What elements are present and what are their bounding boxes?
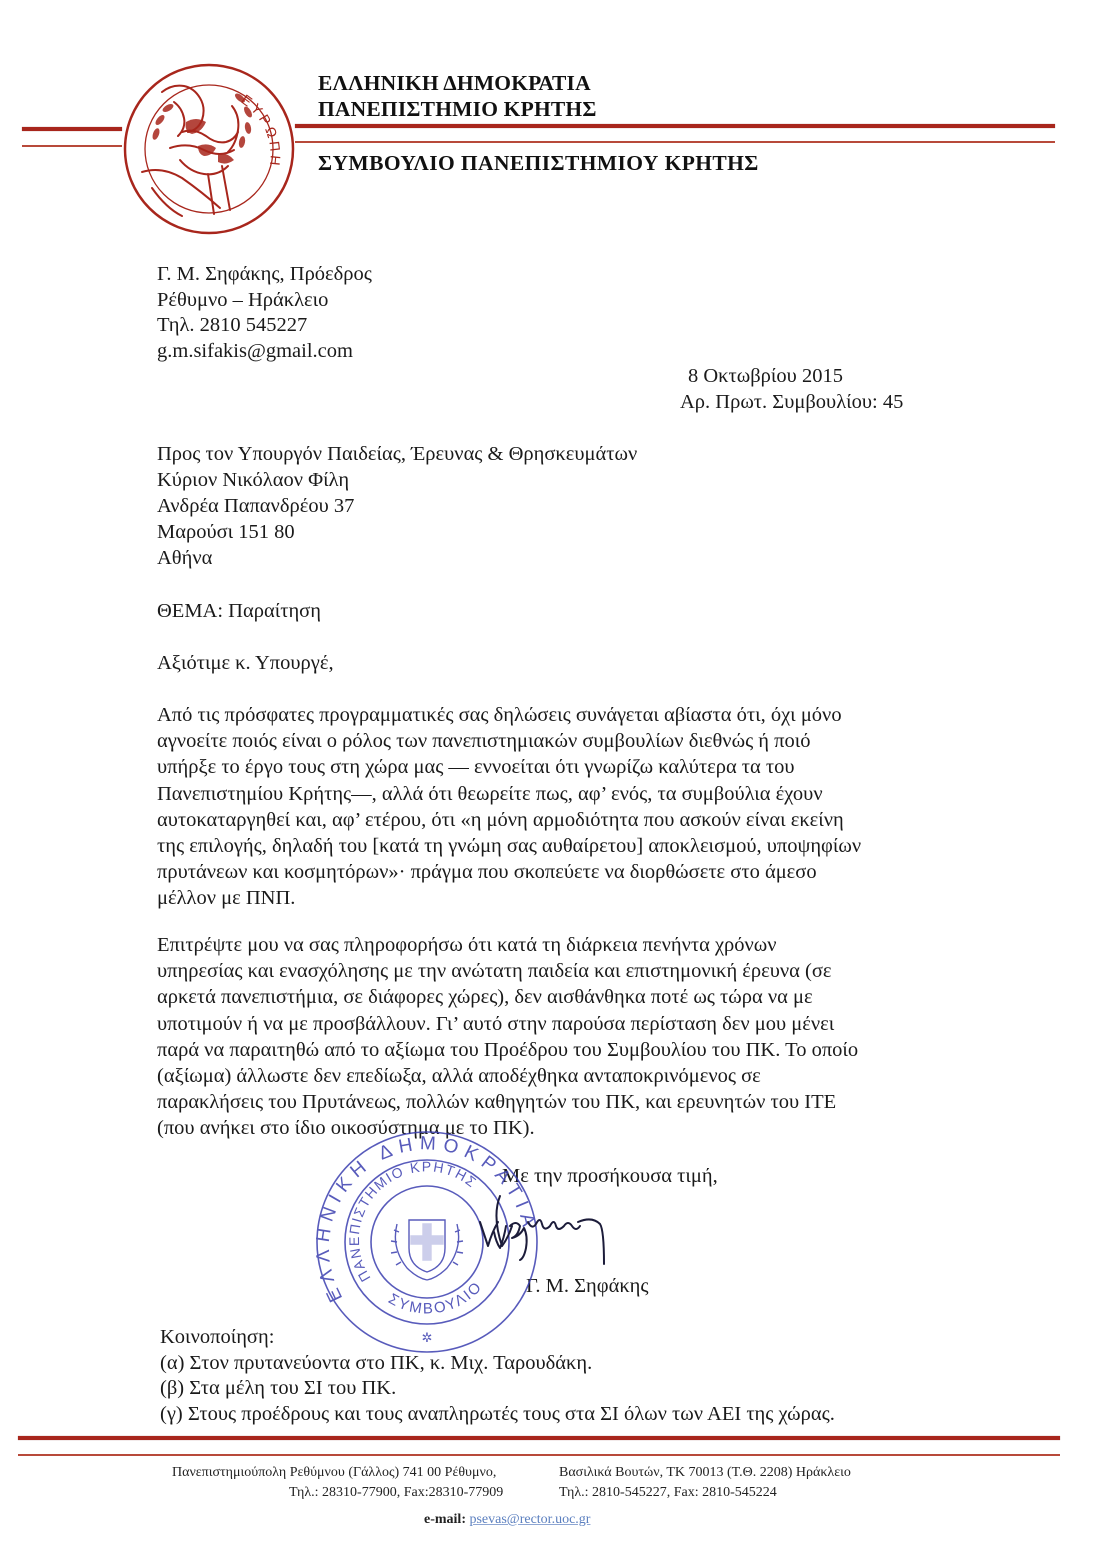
footer-heraklion-phone: Τηλ.: 2810-545227, Fax: 2810-545224 bbox=[559, 1483, 777, 1503]
sender-block: Γ. Μ. Σηφάκης, Πρόεδρος Ρέθυμνο – Ηράκλε… bbox=[157, 262, 372, 364]
protocol-number: Αρ. Πρωτ. Συμβουλίου: 45 bbox=[680, 390, 903, 416]
body-paragraph-1: Από τις πρόσφατες προγραμματικές σας δηλ… bbox=[157, 702, 917, 912]
recipient-line: Κύριον Νικόλαον Φίλη bbox=[157, 467, 637, 493]
body-line: υπήρξε το έργο τους στη χώρα μας — εννοε… bbox=[157, 754, 917, 780]
letterhead-republic: ΕΛΛΗΝΙΚΗ ΔΗΜΟΚΡΑΤΙΑ bbox=[318, 70, 591, 96]
body-line: Επιτρέψτε μου να σας πληροφορήσω ότι κατ… bbox=[157, 932, 917, 958]
body-line: υποτιμούν ή να με προσβάλλουν. Γι’ αυτό … bbox=[157, 1011, 917, 1037]
university-seal-logo: ΕΥΡΩΠΗ bbox=[122, 62, 296, 236]
body-line: (αξίωμα) άλλωστε δεν επεδίωξα, αλλά αποδ… bbox=[157, 1063, 917, 1089]
letterhead-university: ΠΑΝΕΠΙΣΤΗΜΙΟ ΚΡΗΤΗΣ bbox=[318, 96, 597, 122]
recipient-line: Αθήνα bbox=[157, 545, 637, 571]
header-rule-left-thick bbox=[22, 127, 122, 131]
footer-heraklion-address: Βασιλικά Βουτών, ΤΚ 70013 (Τ.Θ. 2208) Ηρ… bbox=[559, 1463, 851, 1483]
header-rule-right-thick bbox=[295, 124, 1055, 128]
date-block: 8 Οκτωβρίου 2015 Αρ. Πρωτ. Συμβουλίου: 4… bbox=[680, 364, 903, 415]
sender-name: Γ. Μ. Σηφάκης, Πρόεδρος bbox=[157, 262, 372, 288]
recipient-line: Προς τον Υπουργόν Παιδείας, Έρευνας & Θρ… bbox=[157, 441, 637, 467]
sender-email: g.m.sifakis@gmail.com bbox=[157, 339, 372, 365]
body-line: παρακλήσεις του Πρυτάνεως, πολλών καθηγη… bbox=[157, 1089, 917, 1115]
salutation: Αξιότιμε κ. Υπουργέ, bbox=[157, 650, 334, 676]
subject-line: ΘΕΜΑ: Παραίτηση bbox=[157, 598, 321, 624]
cc-block: Κοινοποίηση: (α) Στον πρυτανεύοντα στο Π… bbox=[160, 1325, 835, 1427]
cc-title: Κοινοποίηση: bbox=[160, 1325, 835, 1351]
cc-item: (α) Στον πρυτανεύοντα στο ΠΚ, κ. Μιχ. Τα… bbox=[160, 1351, 835, 1377]
header-rule-left-thin bbox=[22, 145, 122, 147]
footer-email-link[interactable]: psevas@rector.uoc.gr bbox=[469, 1512, 590, 1527]
sender-location: Ρέθυμνο – Ηράκλειο bbox=[157, 288, 372, 314]
footer-rethymno-phone: Τηλ.: 28310-77900, Fax:28310-77909 bbox=[289, 1483, 503, 1503]
footer-rule-thin bbox=[18, 1454, 1060, 1456]
body-line: παρά να παραιτηθώ από το αξίωμα του Προέ… bbox=[157, 1037, 917, 1063]
recipient-line: Ανδρέα Παπανδρέου 37 bbox=[157, 493, 637, 519]
recipient-block: Προς τον Υπουργόν Παιδείας, Έρευνας & Θρ… bbox=[157, 441, 637, 571]
body-line: υπηρεσίας και ενασχόλησης με την ανώτατη… bbox=[157, 958, 917, 984]
body-line: αρκετά πανεπιστήμια, σε διάφορες χώρες),… bbox=[157, 984, 917, 1010]
body-line: Από τις πρόσφατες προγραμματικές σας δηλ… bbox=[157, 702, 917, 728]
body-line: της επιλογής, δηλαδή του [κατά τη γνώμη … bbox=[157, 833, 917, 859]
footer-email-label: e-mail: bbox=[424, 1512, 466, 1527]
body-line: μέλλον με ΠΝΠ. bbox=[157, 885, 917, 911]
cc-item: (γ) Στους προέδρους και τους αναπληρωτές… bbox=[160, 1402, 835, 1428]
body-line: Πανεπιστημίου Κρήτης—, αλλά ότι θεωρείτε… bbox=[157, 781, 917, 807]
body-line: πρυτάνεων και κοσμητόρων»· πράγμα που σκ… bbox=[157, 859, 917, 885]
handwritten-signature bbox=[470, 1192, 620, 1272]
body-line: αγνοείτε ποιός είναι ο ρόλος των πανεπισ… bbox=[157, 728, 917, 754]
body-line: αυτοκαταργηθεί και, αφ’ ετέρου, ότι «η μ… bbox=[157, 807, 917, 833]
body-paragraph-2: Επιτρέψτε μου να σας πληροφορήσω ότι κατ… bbox=[157, 932, 917, 1142]
svg-text:ΠΑΝΕΠΙΣΤΗΜΙΟ ΚΡΗΤΗΣ: ΠΑΝΕΠΙΣΤΗΜΙΟ ΚΡΗΤΗΣ bbox=[346, 1158, 481, 1284]
cc-item: (β) Στα μέλη του ΣΙ του ΠΚ. bbox=[160, 1376, 835, 1402]
footer-email: e-mail: psevas@rector.uoc.gr bbox=[424, 1510, 590, 1530]
footer-rule-thick bbox=[18, 1436, 1060, 1440]
letterhead-council: ΣΥΜΒΟΥΛΙΟ ΠΑΝΕΠΙΣΤΗΜΙΟΥ ΚΡΗΤΗΣ bbox=[318, 150, 759, 176]
footer-rethymno-address: Πανεπιστημιούπολη Ρεθύμνου (Γάλλος) 741 … bbox=[172, 1463, 496, 1483]
sender-phone: Τηλ. 2810 545227 bbox=[157, 313, 372, 339]
signatory-name: Γ. Μ. Σηφάκης bbox=[526, 1273, 649, 1299]
header-rule-right-thin bbox=[295, 141, 1055, 143]
letter-date: 8 Οκτωβρίου 2015 bbox=[680, 364, 903, 390]
recipient-line: Μαρούσι 151 80 bbox=[157, 519, 637, 545]
